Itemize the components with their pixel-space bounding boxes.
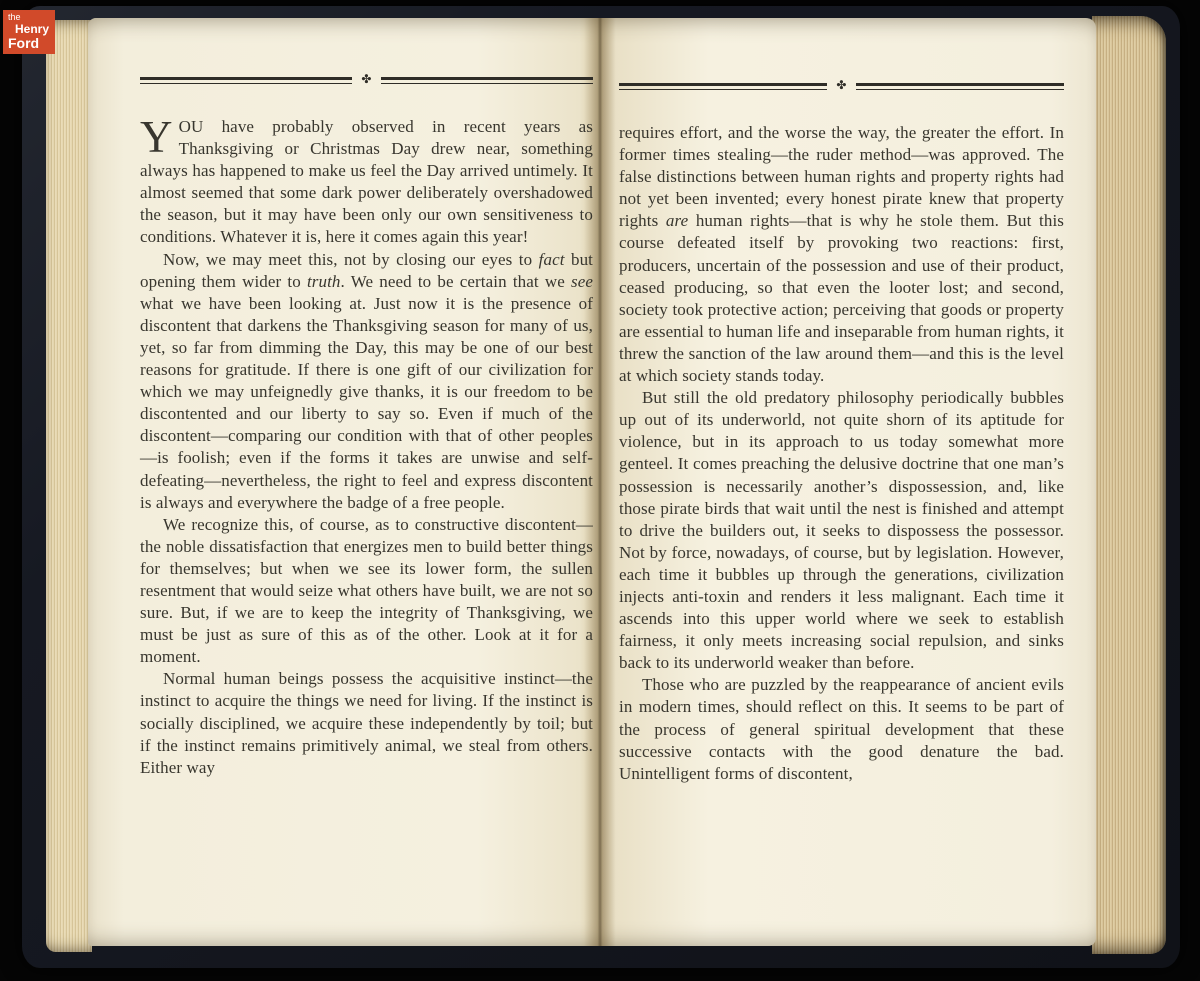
paragraph: Now, we may meet this, not by closing ou… <box>140 249 593 514</box>
fleuron-icon: ✤ <box>361 73 371 85</box>
left-page-text: ✤ YOU have probably observed in recent y… <box>140 74 593 779</box>
head-ornament-left: ✤ <box>140 74 593 86</box>
body-text: OU have probably observed in recent year… <box>140 117 593 246</box>
italic-text: truth <box>307 272 341 291</box>
book-photograph: ✤ YOU have probably observed in recent y… <box>0 0 1200 981</box>
body-text: . We need to be certain that we <box>341 272 571 291</box>
page-edges-left <box>46 20 92 952</box>
body-text: Now, we may meet this, not by closing ou… <box>163 250 539 269</box>
italic-text: are <box>666 211 688 230</box>
italic-text: see <box>571 272 593 291</box>
henry-ford-logo: the Henry Ford <box>3 10 55 54</box>
logo-text-henry: Henry <box>15 23 49 35</box>
paragraph: But still the old predatory philosophy p… <box>619 387 1064 674</box>
right-page-text: ✤ requires effort, and the worse the way… <box>619 80 1064 785</box>
italic-text: fact <box>539 250 565 269</box>
ornament-rule <box>619 83 827 90</box>
paragraph: Those who are puzzled by the reappearanc… <box>619 674 1064 784</box>
drop-cap: Y <box>140 116 179 155</box>
paragraph: requires effort, and the worse the way, … <box>619 122 1064 387</box>
paragraph: We recognize this, of course, as to cons… <box>140 514 593 669</box>
ornament-rule <box>140 77 352 84</box>
body-text: We recognize this, of course, as to cons… <box>140 515 593 667</box>
logo-text-ford: Ford <box>8 36 49 50</box>
fleuron-icon: ✤ <box>836 79 846 91</box>
right-page-paragraphs: requires effort, and the worse the way, … <box>619 122 1064 785</box>
body-text: Those who are puzzled by the reappearanc… <box>619 675 1064 782</box>
body-text: human rights—that is why he stole them. … <box>619 211 1064 385</box>
paragraph: YOU have probably observed in recent yea… <box>140 116 593 249</box>
logo-text-the: the <box>8 13 49 22</box>
ornament-rule <box>381 77 593 84</box>
paragraph: Normal human beings possess the acquisit… <box>140 668 593 778</box>
page-edges-right <box>1092 16 1166 954</box>
ornament-rule <box>856 83 1064 90</box>
left-page-paragraphs: YOU have probably observed in recent yea… <box>140 116 593 779</box>
body-text: But still the old predatory philosophy p… <box>619 388 1064 672</box>
body-text: what we have been looking at. Just now i… <box>140 294 593 512</box>
body-text: Normal human beings possess the acquisit… <box>140 669 593 776</box>
head-ornament-right: ✤ <box>619 80 1064 92</box>
